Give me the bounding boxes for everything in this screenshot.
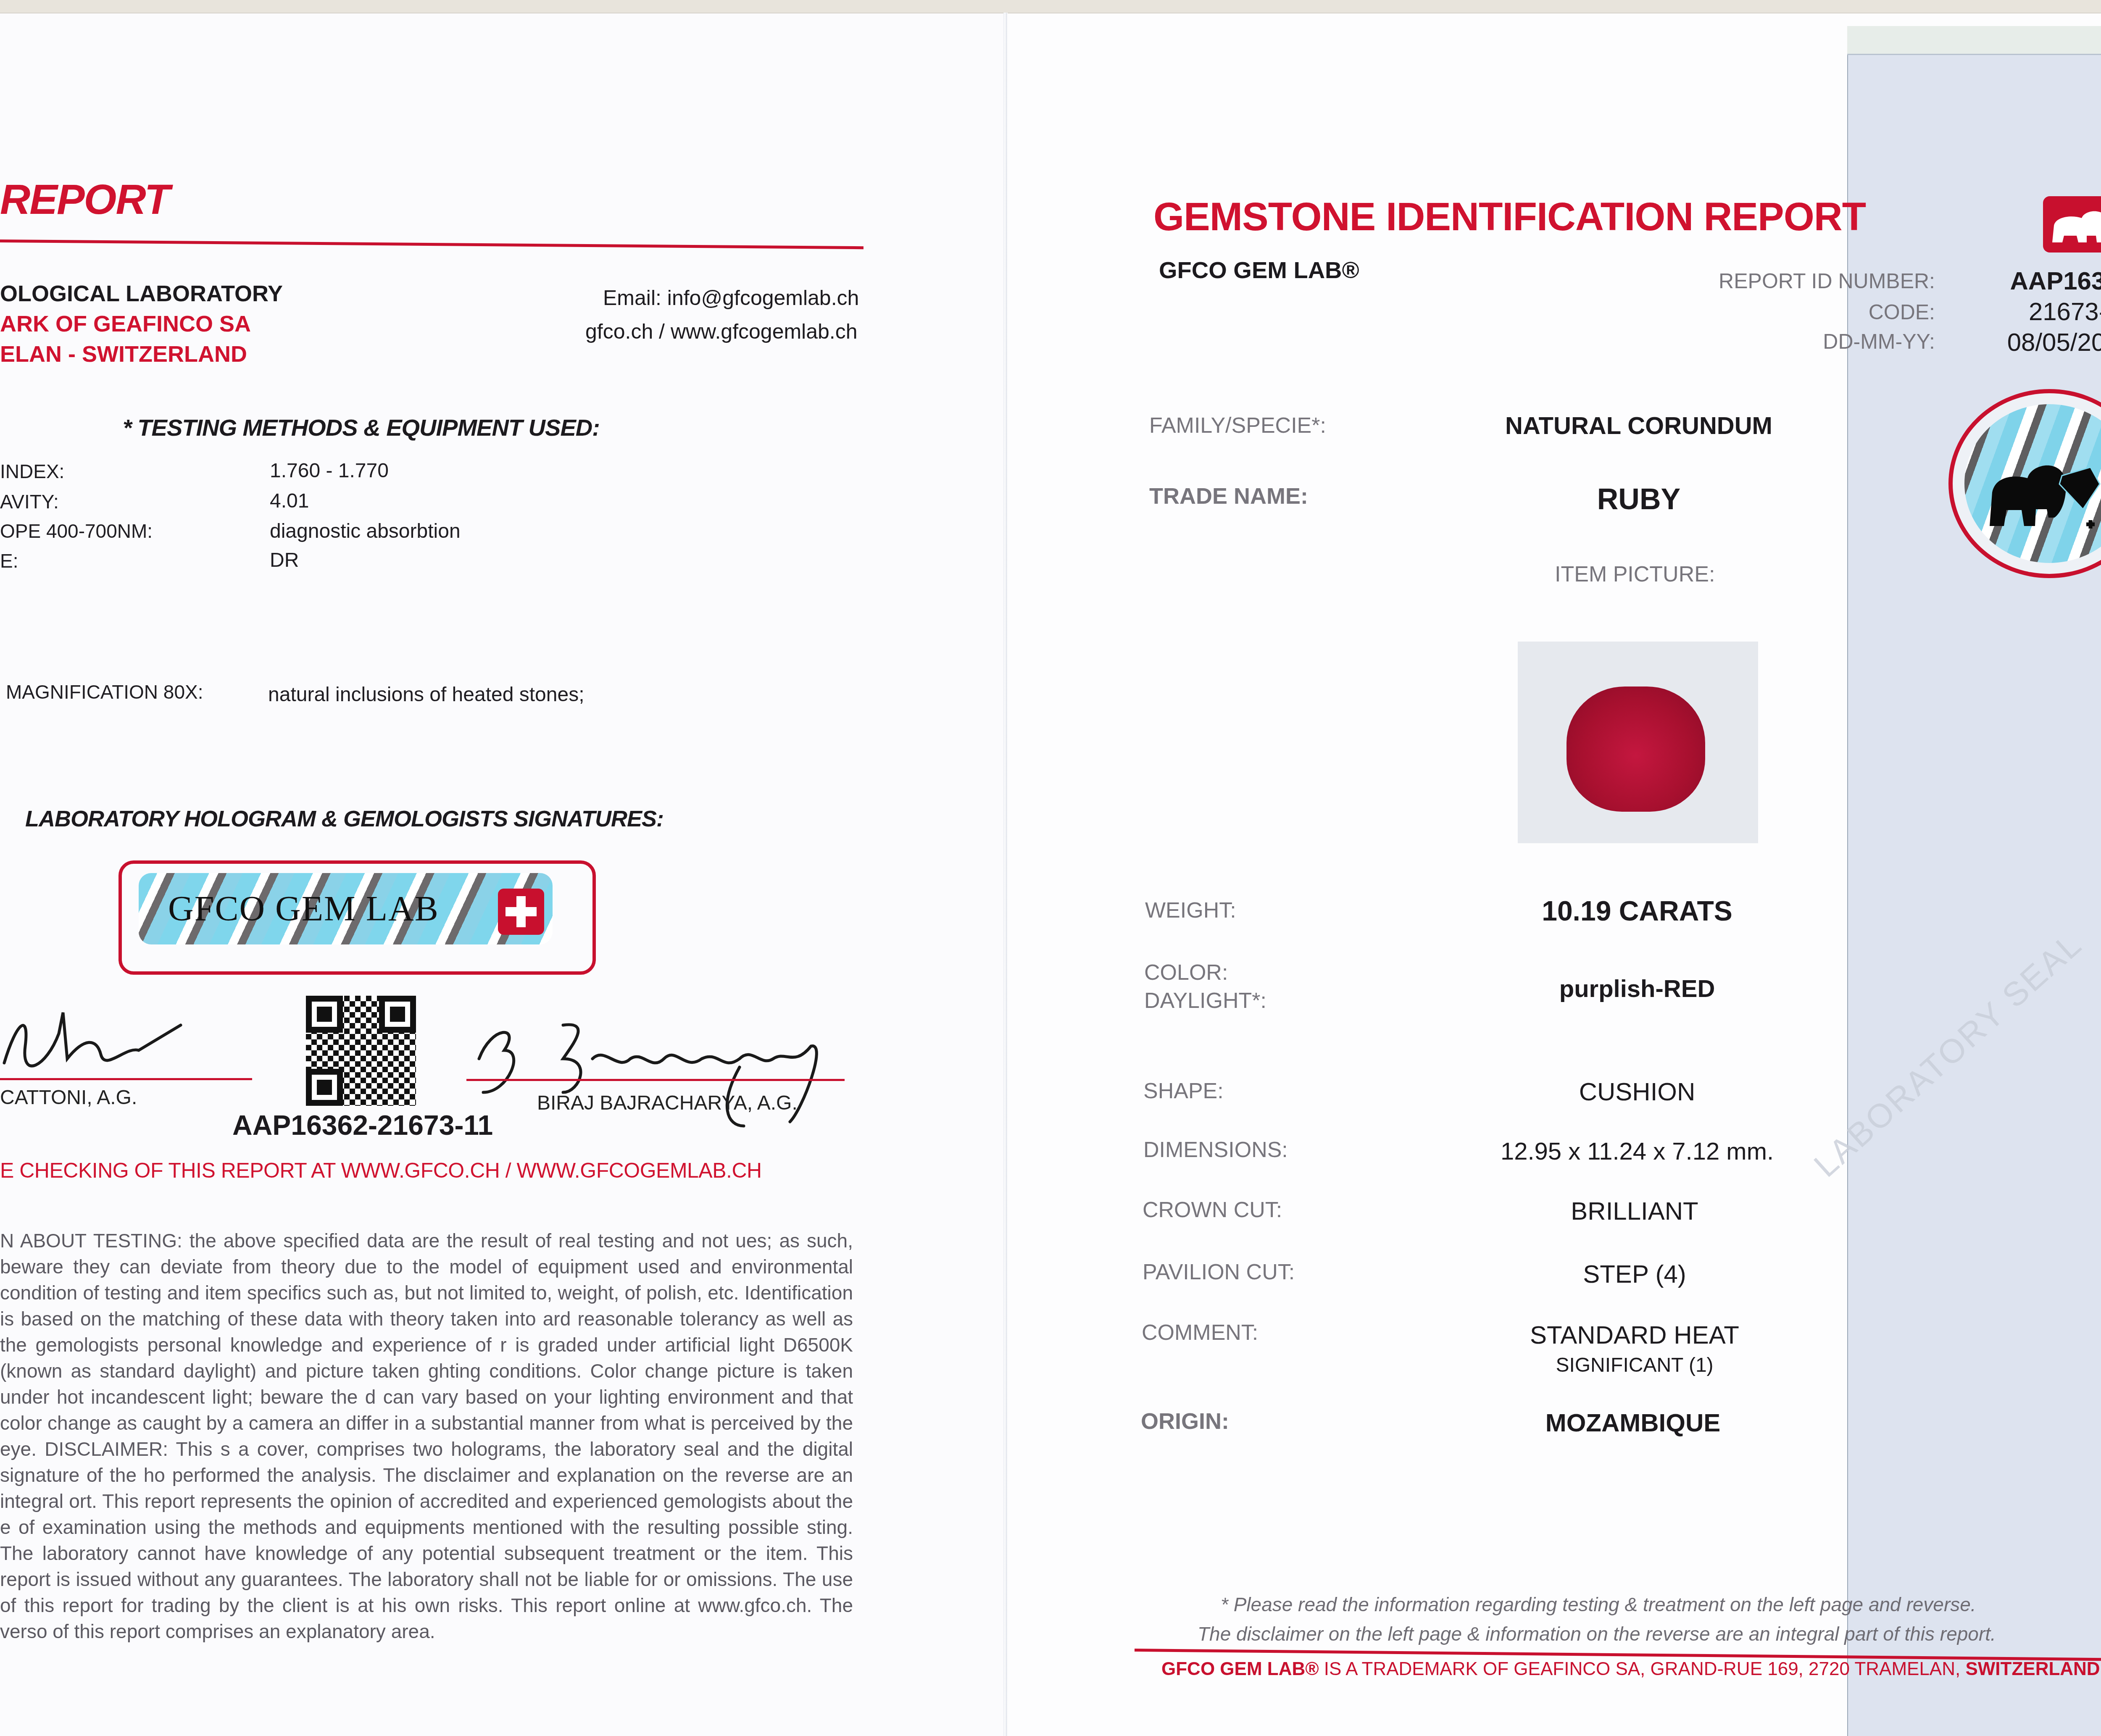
item-picture-label: ITEM PICTURE: xyxy=(1555,562,1715,587)
testing-disclaimer: N ABOUT TESTING: the above specified dat… xyxy=(0,1228,853,1644)
sleeve-top-edge xyxy=(1847,26,2101,55)
field-label-comment: COMMENT: xyxy=(1142,1320,1258,1345)
testing-row-value: natural inclusions of heated stones; xyxy=(268,683,584,706)
meta-label-code: CODE: xyxy=(1683,300,1935,324)
field-label-color: COLOR: xyxy=(1144,960,1228,985)
ruby-gem-image xyxy=(1567,687,1705,812)
meta-value-code: 21673-11 xyxy=(1923,297,2101,326)
testing-row-value: DR xyxy=(270,549,299,572)
field-label-shape: SHAPE: xyxy=(1143,1078,1224,1104)
page-fold xyxy=(1003,13,1008,1736)
lab-name: OLOGICAL LABORATORY xyxy=(0,281,283,307)
field-value-family: NATURAL CORUNDUM xyxy=(1408,412,1870,440)
meta-value-report-id: AAP16362 xyxy=(1923,266,2101,295)
field-value-shape: CUSHION xyxy=(1406,1077,1868,1106)
testing-row-label: E: xyxy=(0,550,18,572)
testing-row-value: diagnostic absorbtion xyxy=(270,520,461,543)
field-label-daylight: DAYLIGHT*: xyxy=(1144,988,1266,1013)
signature-name-right: BIRAJ BAJRACHARYA, A.G. xyxy=(537,1092,798,1115)
signature-line-right xyxy=(466,1079,845,1081)
testing-row-value: 1.760 - 1.770 xyxy=(270,459,389,482)
field-value-trade-name: RUBY xyxy=(1408,482,1870,516)
qr-finder xyxy=(306,996,343,1033)
field-value-comment-detail: SIGNIFICANT (1) xyxy=(1403,1354,1866,1377)
meta-value-date: 08/05/2023 xyxy=(1923,328,2101,357)
scanner-edge-strip xyxy=(0,0,2101,13)
lab-trademark: ARK OF GEAFINCO SA xyxy=(0,311,251,337)
testing-methods-heading: * TESTING METHODS & EQUIPMENT USED: xyxy=(123,414,600,441)
left-report-title: REPORT xyxy=(0,176,169,224)
footer-trademark: GFCO GEM LAB® IS A TRADEMARK OF GEAFINCO… xyxy=(1161,1659,2100,1680)
hologram-heading: LABORATORY HOLOGRAM & GEMOLOGISTS SIGNAT… xyxy=(25,806,663,832)
report-title: GEMSTONE IDENTIFICATION REPORT xyxy=(1153,194,1866,239)
elephant-diamond-logo-icon xyxy=(2043,196,2101,253)
testing-row-label: INDEX: xyxy=(0,460,64,483)
hologram-text: GFCO GEM LAB xyxy=(168,889,439,929)
field-label-origin: ORIGIN: xyxy=(1141,1408,1229,1434)
contact-email[interactable]: Email: info@gfcogemlab.ch xyxy=(603,286,859,310)
brand-name: GFCO GEM LAB® xyxy=(1159,256,1359,284)
field-value-origin: MOZAMBIQUE xyxy=(1402,1408,1864,1437)
testing-row-label: OPE 400-700NM: xyxy=(0,520,153,542)
field-value-crown-cut: BRILLIANT xyxy=(1403,1197,1866,1226)
meta-label-date: DD-MM-YY: xyxy=(1683,329,1935,354)
field-value-color: purplish-RED xyxy=(1406,975,1868,1003)
signature-cattoni-icon xyxy=(0,996,185,1080)
footer-country: SWITZERLAND xyxy=(1965,1659,2100,1679)
swiss-cross-icon xyxy=(498,889,544,935)
signature-line-left xyxy=(0,1078,252,1080)
online-check-link[interactable]: E CHECKING OF THIS REPORT AT WWW.GFCO.CH… xyxy=(0,1158,762,1183)
footer-trademark-text: IS A TRADEMARK OF GEAFINCO SA, GRAND-RUE… xyxy=(1319,1659,1966,1679)
field-label-crown-cut: CROWN CUT: xyxy=(1143,1197,1282,1223)
field-label-weight: WEIGHT: xyxy=(1145,898,1236,923)
footnote-disclaimer: The disclaimer on the left page & inform… xyxy=(1198,1623,1996,1645)
signature-name-left: CATTONI, A.G. xyxy=(0,1086,137,1109)
field-value-weight: 10.19 CARATS xyxy=(1406,895,1868,927)
report-code: AAP16362-21673-11 xyxy=(232,1109,493,1141)
field-value-comment: STANDARD HEAT xyxy=(1403,1320,1866,1349)
field-value-pavilion-cut: STEP (4) xyxy=(1403,1260,1866,1289)
footnote-testing: * Please read the information regarding … xyxy=(1221,1593,1976,1616)
field-label-pavilion-cut: PAVILION CUT: xyxy=(1143,1260,1295,1285)
field-value-dimensions: 12.95 x 11.24 x 7.12 mm. xyxy=(1406,1137,1868,1165)
field-label-trade-name: TRADE NAME: xyxy=(1149,483,1308,509)
qr-finder xyxy=(306,1069,343,1106)
meta-label-report-id: REPORT ID NUMBER: xyxy=(1683,269,1935,293)
footer-brand: GFCO GEM LAB® xyxy=(1161,1659,1319,1679)
field-label-family: FAMILY/SPECIE*: xyxy=(1149,413,1326,438)
field-label-dimensions: DIMENSIONS: xyxy=(1143,1137,1288,1163)
contact-websites[interactable]: gfco.ch / www.gfcogemlab.ch xyxy=(585,319,858,344)
testing-row-value: 4.01 xyxy=(270,489,309,513)
testing-row-label: AVITY: xyxy=(0,490,59,513)
hologram-sticker: GFCO GEM LAB xyxy=(139,873,553,944)
qr-code-icon[interactable] xyxy=(306,996,416,1106)
testing-row-label: MAGNIFICATION 80X: xyxy=(6,681,203,703)
qr-finder xyxy=(379,996,416,1033)
lab-location: ELAN - SWITZERLAND xyxy=(0,341,247,367)
